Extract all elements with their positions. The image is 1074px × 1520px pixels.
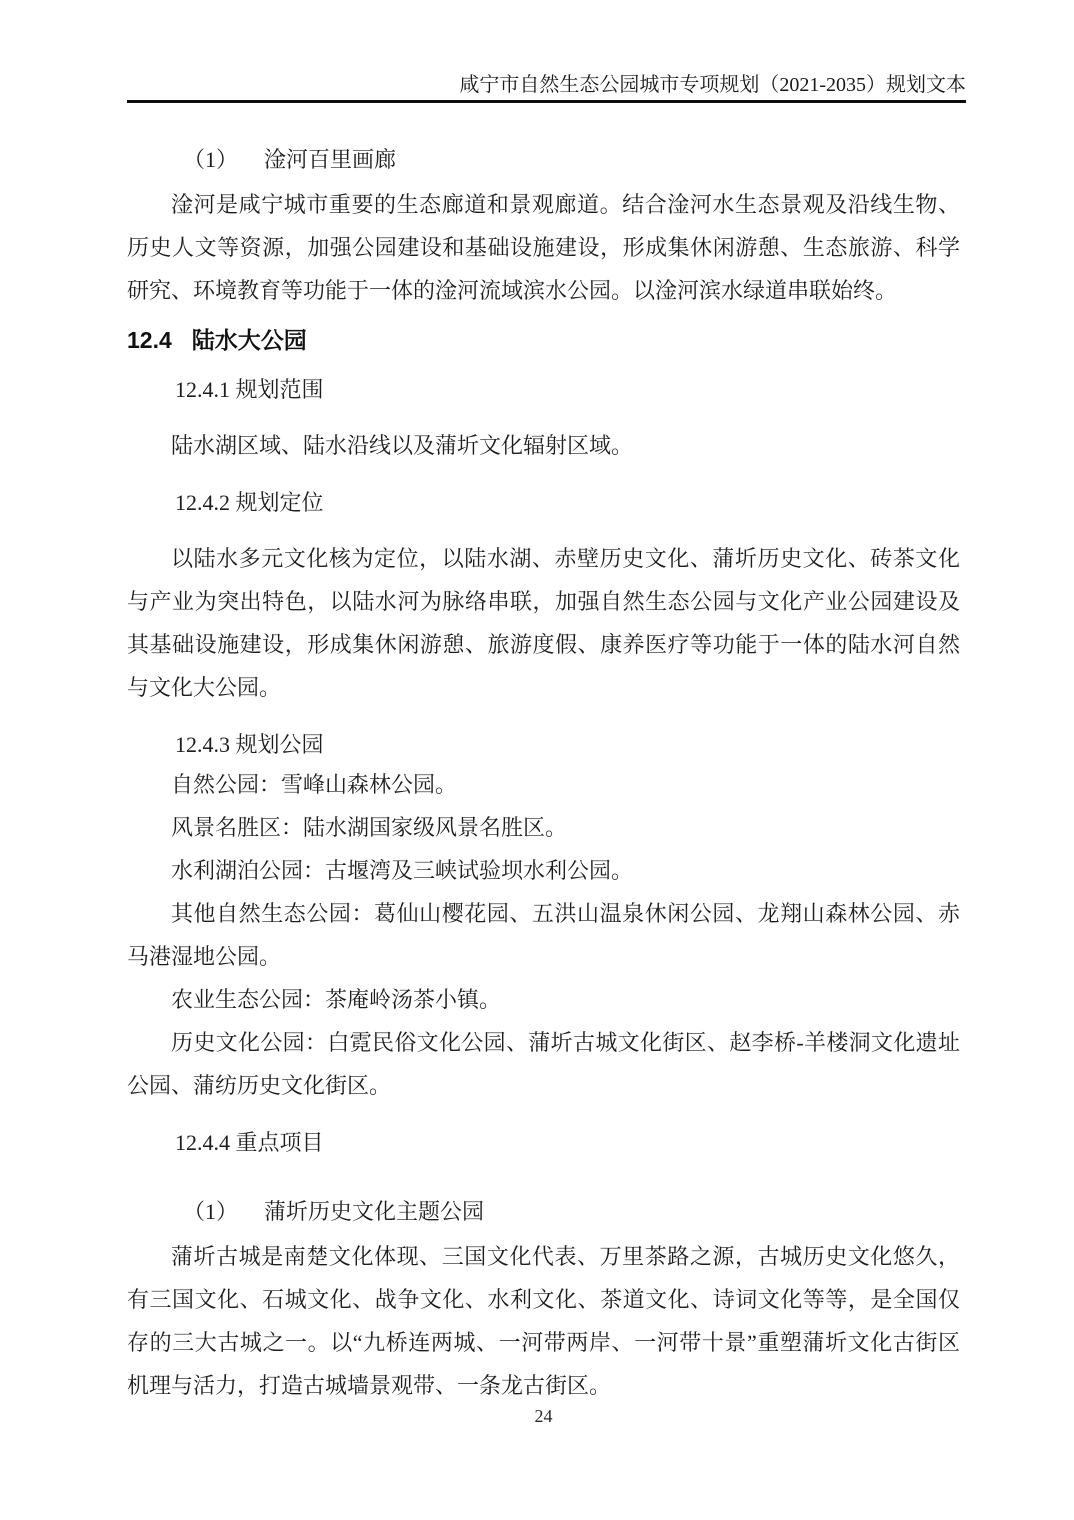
section-title: 陆水大公园 [192, 327, 307, 353]
list-item-historic-culture-parks: 历史文化公园：白霓民俗文化公园、蒲圻古城文化街区、赵李桥-羊楼洞文化遗址公园、蒲… [127, 1021, 960, 1107]
paragraph-qianhe-corridor: 淦河是咸宁城市重要的生态廊道和景观廊道。结合淦河水生态景观及沿线生物、历史人文等… [127, 183, 960, 312]
paragraph-planning-positioning: 以陆水多元文化核为定位，以陆水湖、赤壁历史文化、蒲圻历史文化、砖茶文化与产业为突… [127, 537, 960, 709]
document-body: （1）淦河百里画廊 淦河是咸宁城市重要的生态廊道和景观廊道。结合淦河水生态景观及… [127, 147, 960, 1407]
section-number: 12.4 [127, 327, 172, 353]
list-item-agricultural-eco-park: 农业生态公园：茶庵岭汤茶小镇。 [127, 978, 960, 1021]
sub-heading-12-4-1: 12.4.1 规划范围 [127, 378, 960, 402]
planned-parks-list: 自然公园：雪峰山森林公园。 风景名胜区：陆水湖国家级风景名胜区。 水利湖泊公园：… [127, 763, 960, 1107]
sub-heading-12-4-3: 12.4.3 规划公园 [127, 733, 960, 757]
list-item-water-lake-park: 水利湖泊公园：古堰湾及三峡试验坝水利公园。 [127, 849, 960, 892]
section-heading-12-4: 12.4陆水大公园 [127, 326, 960, 354]
item-title: 蒲圻历史文化主题公园 [264, 1199, 484, 1224]
item-heading-qianhe: （1）淦河百里画廊 [127, 147, 960, 173]
item-heading-puqi: （1）蒲圻历史文化主题公园 [127, 1199, 960, 1225]
sub-heading-12-4-4: 12.4.4 重点项目 [127, 1131, 960, 1155]
list-item-other-eco-parks: 其他自然生态公园：葛仙山樱花园、五洪山温泉休闲公园、龙翔山森林公园、赤马港湿地公… [127, 892, 960, 978]
item-number: （1） [183, 147, 238, 172]
list-item-nature-park: 自然公园：雪峰山森林公园。 [127, 763, 960, 806]
page-number: 24 [535, 1406, 553, 1426]
document-page: 咸宁市自然生态公园城市专项规划（2021-2035）规划文本 （1）淦河百里画廊… [0, 0, 1074, 1520]
page-header: 咸宁市自然生态公园城市专项规划（2021-2035）规划文本 [127, 0, 966, 103]
item-title: 淦河百里画廊 [264, 147, 396, 172]
paragraph-planning-scope: 陆水湖区域、陆水沿线以及蒲圻文化辐射区域。 [127, 424, 960, 467]
paragraph-puqi-ancient-city: 蒲圻古城是南楚文化体现、三国文化代表、万里茶路之源，古城历史文化悠久，有三国文化… [127, 1235, 960, 1407]
page-footer: 24 [127, 1405, 960, 1427]
item-number: （1） [183, 1199, 238, 1224]
header-rule [127, 100, 966, 103]
running-header-title: 咸宁市自然生态公园城市专项规划（2021-2035）规划文本 [127, 74, 966, 96]
list-item-scenic-area: 风景名胜区：陆水湖国家级风景名胜区。 [127, 806, 960, 849]
sub-heading-12-4-2: 12.4.2 规划定位 [127, 491, 960, 515]
